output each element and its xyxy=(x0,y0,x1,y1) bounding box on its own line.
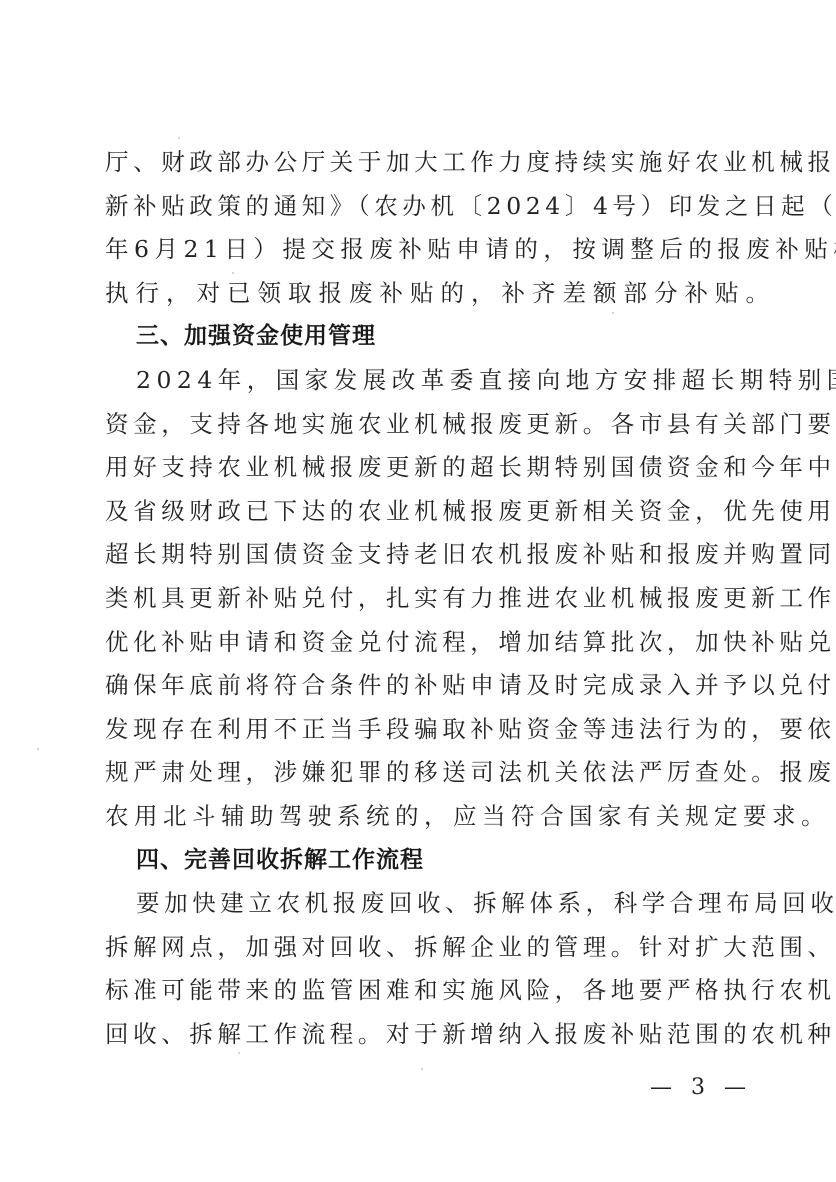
paragraph-line: 类机具更新补贴兑付，扎实有力推进农业机械报废更新工作。要 xyxy=(105,577,737,621)
paragraph-line: 厅、财政部办公厅关于加大工作力度持续实施好农业机械报废更 xyxy=(105,141,737,185)
paragraph-line: 要加快建立农机报废回收、拆解体系，科学合理布局回收、 xyxy=(105,882,737,926)
paragraph-line: 用好支持农业机械报废更新的超长期特别国债资金和今年中央 xyxy=(105,446,737,490)
scan-speck xyxy=(421,1068,423,1070)
paragraph-line: 新补贴政策的通知》（农办机〔2024〕4号）印发之日起（2024 xyxy=(105,185,737,229)
scan-speck xyxy=(37,748,39,750)
scan-speck xyxy=(178,137,180,139)
paragraph-line: 资金，支持各地实施农业机械报废更新。各市县有关部门要管好 xyxy=(105,403,737,447)
paragraph-line: 回收、拆解工作流程。对于新增纳入报废补贴范围的农机种类， xyxy=(105,1013,737,1057)
paragraph-line: 2024年，国家发展改革委直接向地方安排超长期特别国债 xyxy=(105,359,737,403)
document-page: 厅、财政部办公厅关于加大工作力度持续实施好农业机械报废更 新补贴政策的通知》（农… xyxy=(0,0,836,1182)
paragraph-line: 及省级财政已下达的农业机械报废更新相关资金，优先使用中央 xyxy=(105,490,737,534)
paragraph-line: 超长期特别国债资金支持老旧农机报废补贴和报废并购置同种 xyxy=(105,533,737,577)
paragraph-line: 年6月21日）提交报废补贴申请的，按调整后的报废补贴标准 xyxy=(105,228,737,272)
scan-speck xyxy=(612,312,614,314)
paragraph-line: 农用北斗辅助驾驶系统的，应当符合国家有关规定要求。 xyxy=(105,795,737,839)
section-heading-3: 三、加强资金使用管理 xyxy=(105,315,737,359)
scan-speck xyxy=(238,1052,240,1054)
paragraph-line: 确保年底前将符合条件的补贴申请及时完成录入并予以兑付。如 xyxy=(105,664,737,708)
paragraph-line: 发现存在利用不正当手段骗取补贴资金等违法行为的，要依法依 xyxy=(105,708,737,752)
paragraph-line: 标准可能带来的监管困难和实施风险，各地要严格执行农机报废 xyxy=(105,969,737,1013)
paragraph-line: 优化补贴申请和资金兑付流程，增加结算批次，加快补贴兑付， xyxy=(105,621,737,665)
paragraph-line: 执行，对已领取报废补贴的，补齐差额部分补贴。 xyxy=(105,272,737,316)
page-number: — 3 — xyxy=(650,1075,752,1100)
section-heading-4: 四、完善回收拆解工作流程 xyxy=(105,839,737,883)
paragraph-line: 规严肃处理，涉嫌犯罪的移送司法机关依法严厉查处。报废更新 xyxy=(105,751,737,795)
paragraph-line: 拆解网点，加强对回收、拆解企业的管理。针对扩大范围、提高 xyxy=(105,926,737,970)
scan-speck xyxy=(232,272,234,274)
document-body: 厅、财政部办公厅关于加大工作力度持续实施好农业机械报废更 新补贴政策的通知》（农… xyxy=(105,141,737,1056)
